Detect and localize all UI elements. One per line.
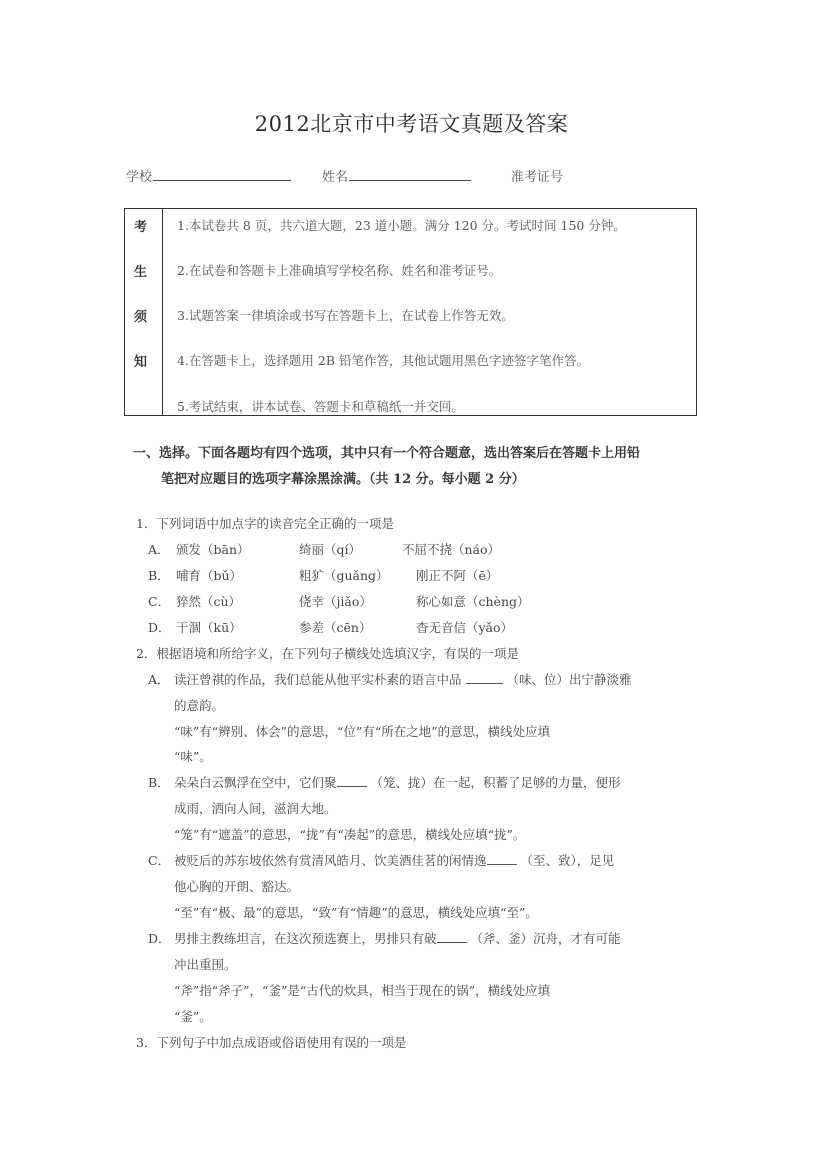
q1-option-a-word2: 绮丽（qí） <box>299 540 361 558</box>
notice-item: 2.在试卷和答题卡上准确填写学校名称、姓名和准考证号。 <box>177 261 501 279</box>
q2-option-b-explanation: “笼”有“遮盖”的意思，“拢”有“凑起”的意思，横线处应填“拢”。 <box>174 825 525 843</box>
q2-option-d-explanation-cont: “釜”。 <box>174 1007 212 1025</box>
q1-option-d-word1: 干涸（kū） <box>176 618 242 636</box>
q2-option-d-explanation: “斧”指“斧子”，“釜”是“古代的炊具，相当于现在的锅”，横线处应填 <box>174 981 550 999</box>
name-label: 姓名 <box>322 170 348 185</box>
question-3-stem: 3．下列句子中加点成语或俗语使用有误的一项是 <box>136 1033 406 1051</box>
q2-b-text-before: 朵朵白云飘浮在空中，它们聚 <box>174 775 337 790</box>
q1-option-c-label: C． <box>148 592 170 610</box>
q1-option-b-label: B． <box>148 566 170 584</box>
q2-option-a-explanation-cont: “味”。 <box>174 747 212 765</box>
q1-option-d-label: D． <box>148 618 171 636</box>
q2-option-c-line2: 他心胸的开朗、豁达。 <box>174 877 299 895</box>
q1-option-a-label: A． <box>148 540 170 558</box>
q2-b-text-after: （笼、拢）在一起，积蓄了足够的力量，便形 <box>371 775 621 790</box>
school-blank <box>153 166 291 181</box>
section-heading-line2: 笔把对应题目的选项字幕涂黑涂满。（共 12 分。每小题 2 分） <box>161 468 525 487</box>
q2-d-blank <box>437 930 467 943</box>
notice-label-char: 知 <box>134 351 147 370</box>
notice-label-char: 考 <box>134 216 147 235</box>
q1-option-d-word2: 参差（cēn） <box>299 618 371 636</box>
school-label: 学校 <box>126 170 152 185</box>
q2-option-d-line1: 男排主教练坦言，在这次预选赛上，男排只有破 （斧、釜）沉舟，才有可能 <box>174 929 621 947</box>
table-divider <box>162 209 163 415</box>
q2-b-blank <box>337 774 367 787</box>
exam-notice-table: 考 生 须 知 1.本试卷共 8 页，共六道大题，23 道小题。满分 120 分… <box>124 208 697 416</box>
question-2-stem: 2．根据语境和所给字义，在下列句子横线处选填汉字，有误的一项是 <box>136 644 519 662</box>
q2-c-text-after: （至、致），足见 <box>521 853 615 868</box>
section-heading-line1: 一、选择。下面各题均有四个选项，其中只有一个符合题意，选出答案后在答题卡上用铅 <box>133 442 640 461</box>
exam-id-field: 准考证号 <box>511 166 563 185</box>
q2-a-blank <box>466 671 503 684</box>
q1-option-b-word3: 刚正不阿（ē） <box>416 566 498 584</box>
q1-option-a-word3: 不屈不挠（náo） <box>402 540 500 558</box>
q2-option-c-line1: 被贬后的苏东坡依然有赏清风皓月、饮美酒佳茗的闲情逸 （至、致），足见 <box>174 851 614 869</box>
notice-item: 1.本试卷共 8 页，共六道大题，23 道小题。满分 120 分。考试时间 15… <box>177 216 626 234</box>
q2-option-a-line1: 读汪曾祺的作品，我们总能从他平实朴素的语言中品 （味、位）出宁静淡雅 <box>174 670 632 688</box>
q2-c-text-before: 被贬后的苏东坡依然有赏清风皓月、饮美酒佳茗的闲情逸 <box>174 853 487 868</box>
q1-option-c-word1: 猝然（cù） <box>176 592 241 610</box>
school-field: 学校 <box>126 166 291 185</box>
q1-option-c-word3: 称心如意（chèng） <box>416 592 530 610</box>
q2-option-b-line1: 朵朵白云飘浮在空中，它们聚 （笼、拢）在一起，积蓄了足够的力量，便形 <box>174 773 621 791</box>
q2-d-text-before: 男排主教练坦言，在这次预选赛上，男排只有破 <box>174 931 437 946</box>
q2-c-blank <box>487 852 517 865</box>
exam-id-label: 准考证号 <box>511 170 563 185</box>
question-1-stem: 1．下列词语中加点字的读音完全正确的一项是 <box>136 514 394 532</box>
q2-option-b-line2: 成雨，洒向人间，滋润大地。 <box>174 799 337 817</box>
notice-item: 4.在答题卡上，选择题用 2B 铅笔作答，其他试题用黑色字迹签字笔作答。 <box>177 351 589 369</box>
q1-option-c-word2: 侥幸（jiǎo） <box>299 592 372 610</box>
q2-d-text-after: （斧、釜）沉舟，才有可能 <box>471 931 621 946</box>
notice-label-char: 生 <box>134 261 147 280</box>
q1-option-b-word2: 粗犷（guǎng） <box>299 566 389 584</box>
q2-option-a-explanation: “味”有“辨别、体会”的意思，“位”有“所在之地”的意思，横线处应填 <box>174 722 550 740</box>
q2-option-a-label: A． <box>148 670 170 688</box>
name-field: 姓名 <box>322 166 471 185</box>
notice-label-char: 须 <box>134 306 147 325</box>
q1-option-b-word1: 哺育（bǔ） <box>176 566 242 584</box>
q2-option-a-line2: 的意韵。 <box>174 696 224 714</box>
notice-item: 5.考试结束，讲本试卷、答题卡和草稿纸一并交回。 <box>177 397 464 415</box>
notice-item: 3.试题答案一律填涂或书写在答题卡上，在试卷上作答无效。 <box>177 306 514 324</box>
q1-option-a-word1: 颁发（bān） <box>176 540 250 558</box>
q2-a-text-before: 读汪曾祺的作品，我们总能从他平实朴素的语言中品 <box>174 672 462 687</box>
name-blank <box>349 166 471 181</box>
q2-option-d-label: D． <box>148 929 171 947</box>
q2-option-c-label: C． <box>148 851 170 869</box>
q2-option-c-explanation: “至”有“极、最”的意思，“致”有“情趣”的意思，横线处应填“至”。 <box>174 903 538 921</box>
document-title: 2012北京市中考语文真题及答案 <box>0 108 823 138</box>
q2-a-text-after: （味、位）出宁静淡雅 <box>506 672 631 687</box>
q2-option-d-line2: 冲出重围。 <box>174 955 237 973</box>
q1-option-d-word3: 杳无音信（yǎo） <box>416 618 513 636</box>
q2-option-b-label: B． <box>148 773 170 791</box>
